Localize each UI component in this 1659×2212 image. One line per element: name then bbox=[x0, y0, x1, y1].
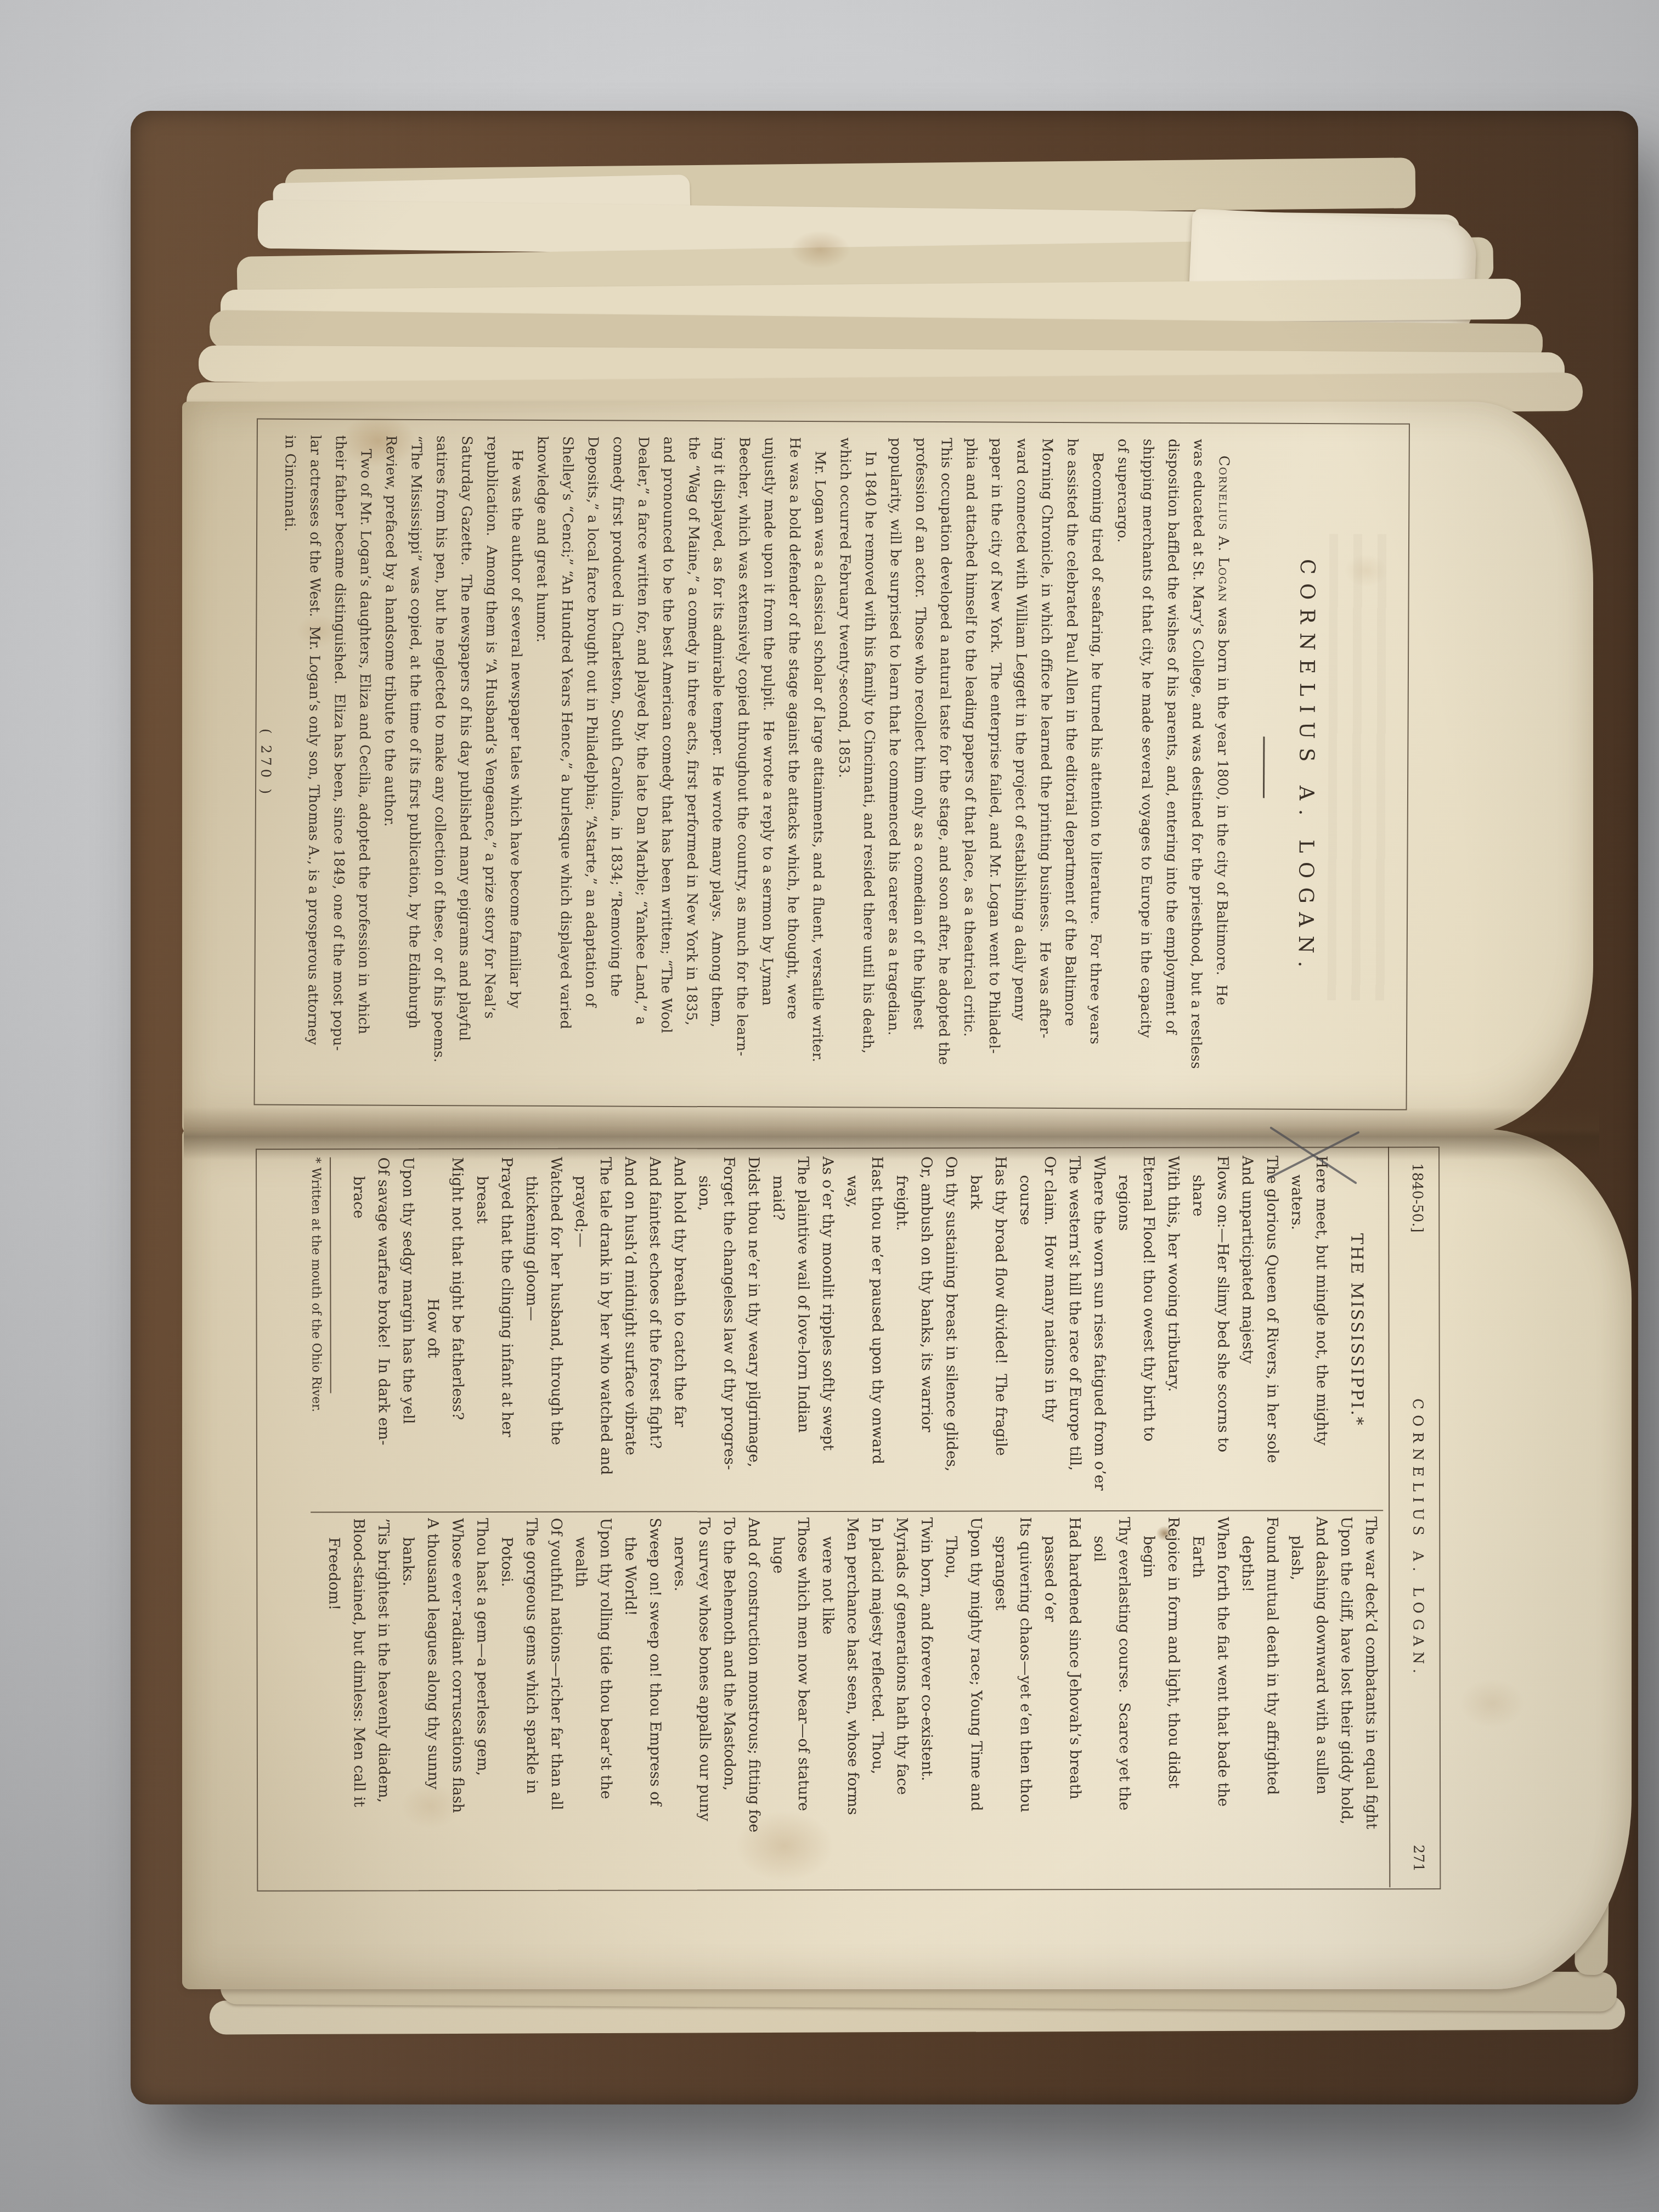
photo-of-open-book: CORNELIUS A. LOGAN. Cornelius A. Logan w… bbox=[0, 0, 1659, 2212]
photo-vignette bbox=[0, 0, 1659, 2212]
